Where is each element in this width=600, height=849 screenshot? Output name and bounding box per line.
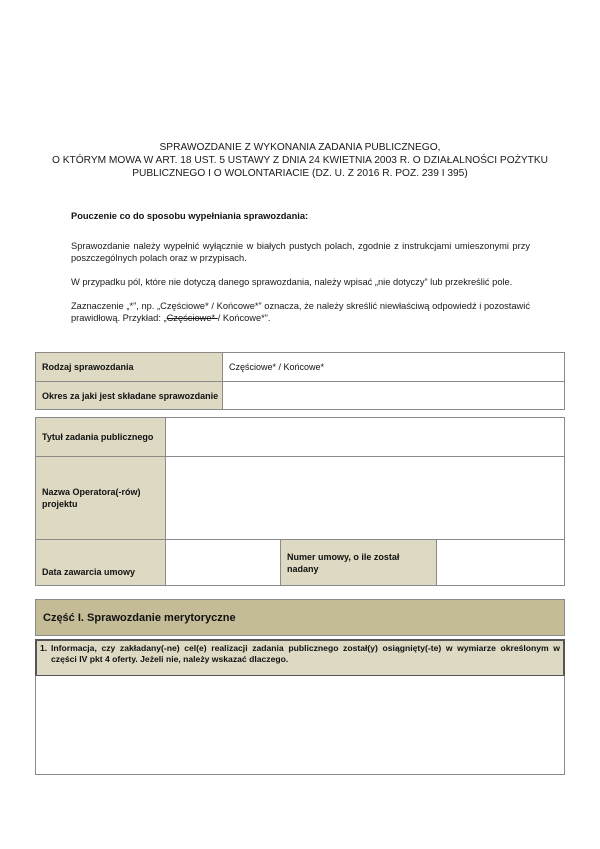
report-period-label: Okres za jaki jest składane sprawozdanie — [36, 382, 222, 409]
paragraph-3-suffix: / Końcowe*”. — [218, 313, 271, 323]
document-title: SPRAWOZDANIE Z WYKONANIA ZADANIA PUBLICZ… — [20, 141, 580, 180]
question-1-answer-field[interactable] — [35, 676, 565, 775]
section-1-heading: Część I. Sprawozdanie merytoryczne — [35, 599, 565, 636]
task-info-table: Tytuł zadania publicznego Nazwa Operator… — [35, 417, 565, 586]
title-line-3: PUBLICZNEGO I O WOLONTARIACIE (DZ. U. Z … — [20, 167, 580, 180]
report-type-table: Rodzaj sprawozdania Częściowe* / Końcowe… — [35, 352, 565, 410]
divider — [36, 381, 564, 382]
operator-name-label: Nazwa Operatora(-rów) projektu — [36, 457, 165, 539]
question-1: 1. Informacja, czy zakładany(-ne) cel(e)… — [35, 639, 565, 677]
divider — [165, 418, 166, 585]
operator-name-field[interactable] — [166, 457, 564, 539]
contract-date-label: Data zawarcia umowy — [36, 540, 165, 585]
divider — [280, 540, 281, 585]
instructions-paragraph-3: Zaznaczenie „*”, np. „Częściowe* / Końco… — [71, 300, 530, 324]
report-period-field[interactable] — [223, 382, 564, 409]
contract-number-label: Numer umowy, o ile został nadany — [281, 540, 436, 585]
task-title-label: Tytuł zadania publicznego — [36, 418, 165, 456]
contract-number-field[interactable] — [437, 540, 564, 585]
divider — [36, 456, 564, 457]
instructions-paragraph-1: Sprawozdanie należy wypełnić wyłącznie w… — [71, 240, 530, 264]
report-type-field[interactable]: Częściowe* / Końcowe* — [223, 353, 564, 381]
instructions-heading: Pouczenie co do sposobu wypełniania spra… — [71, 211, 308, 221]
question-1-text: Informacja, czy zakładany(-ne) cel(e) re… — [51, 643, 560, 665]
title-line-2: O KTÓRYM MOWA W ART. 18 UST. 5 USTAWY Z … — [20, 154, 580, 167]
instructions-paragraph-2: W przypadku pól, które nie dotyczą daneg… — [71, 276, 530, 288]
question-1-number: 1. — [40, 643, 47, 654]
paragraph-3-struck-example: Częściowe* — [167, 313, 218, 323]
contract-date-field[interactable] — [166, 540, 280, 585]
paragraph-3-prefix: Zaznaczenie „*”, np. „Częściowe* / Końco… — [71, 301, 530, 323]
title-line-1: SPRAWOZDANIE Z WYKONANIA ZADANIA PUBLICZ… — [20, 141, 580, 154]
divider — [36, 539, 564, 540]
divider — [436, 540, 437, 585]
report-type-label: Rodzaj sprawozdania — [36, 353, 222, 381]
task-title-field[interactable] — [166, 418, 564, 456]
